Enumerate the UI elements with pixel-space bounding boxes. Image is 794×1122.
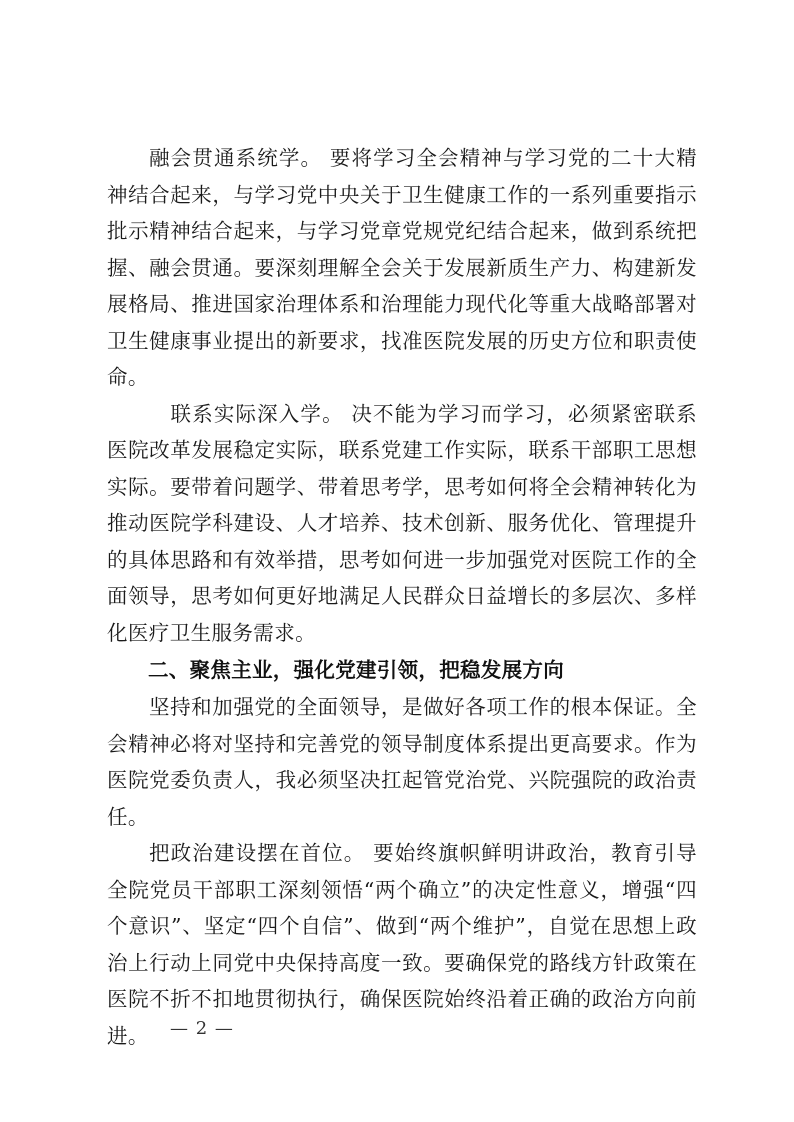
page-number: — 2 —	[170, 1018, 234, 1039]
paragraph-party-leadership: 坚持和加强党的全面领导，是做好各项工作的根本保证。全会精神必将对坚持和完善党的领…	[107, 689, 697, 835]
paragraph-integrated-study: 融会贯通系统学。 要将学习全会精神与学习党的二十大精神结合起来，与学习党中央关于…	[107, 140, 697, 396]
paragraph-practical-study: 联系实际深入学。 决不能为学习而学习，必须紧密联系医院改革发展稳定实际，联系党建…	[107, 396, 697, 652]
document-page: 融会贯通系统学。 要将学习全会精神与学习党的二十大精神结合起来，与学习党中央关于…	[0, 0, 794, 1122]
document-body: 融会贯通系统学。 要将学习全会精神与学习党的二十大精神结合起来，与学习党中央关于…	[107, 140, 697, 1054]
section-heading-2: 二、聚焦主业，强化党建引领，把稳发展方向	[107, 651, 697, 689]
